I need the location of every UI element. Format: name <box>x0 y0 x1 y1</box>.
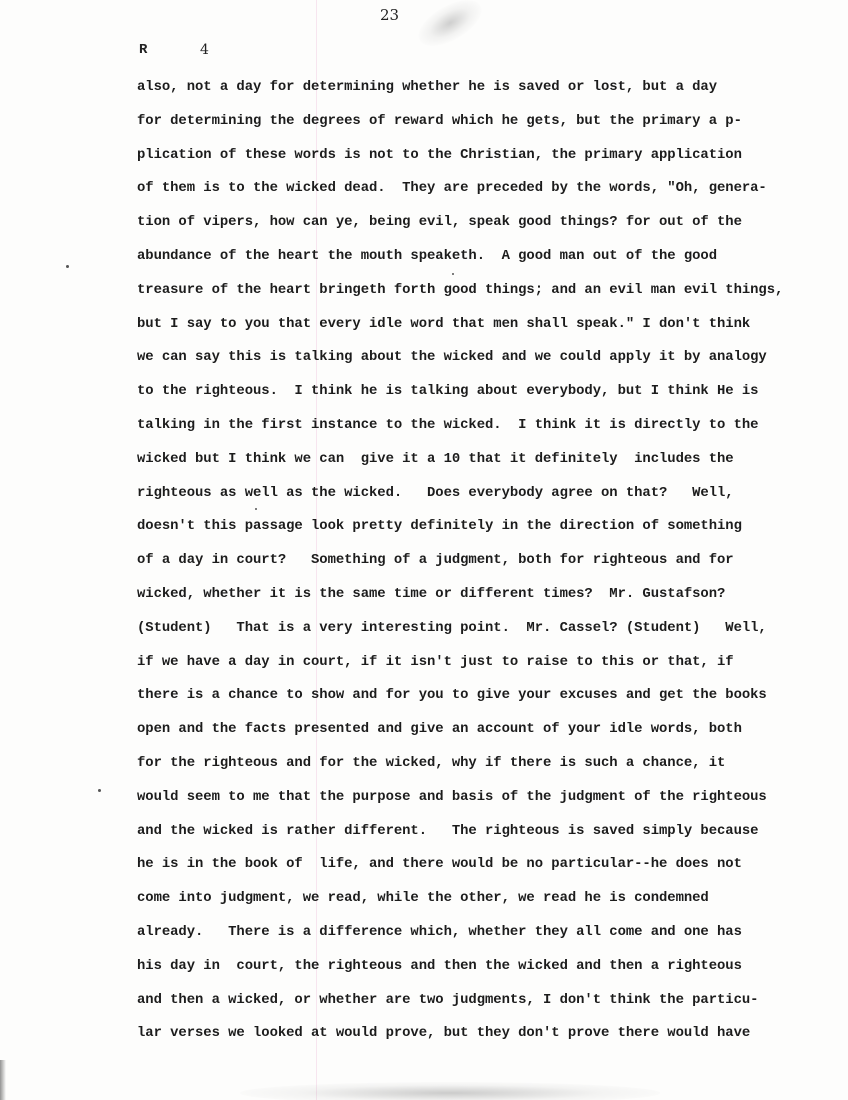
text-line: plication of these words is not to the C… <box>137 145 797 179</box>
text-line: doesn't this passage look pretty definit… <box>137 516 797 550</box>
text-line: his day in court, the righteous and then… <box>137 956 797 990</box>
text-line: of a day in court? Something of a judgme… <box>137 550 797 584</box>
text-line: also, not a day for determining whether … <box>137 77 797 111</box>
speck <box>98 789 101 792</box>
text-line: would seem to me that the purpose and ba… <box>137 787 797 821</box>
text-line: but I say to you that every idle word th… <box>137 314 797 348</box>
text-line: to the righteous. I think he is talking … <box>137 381 797 415</box>
text-line: he is in the book of life, and there wou… <box>137 854 797 888</box>
text-line: we can say this is talking about the wic… <box>137 347 797 381</box>
text-line: wicked, whether it is the same time or d… <box>137 584 797 618</box>
text-line: open and the facts presented and give an… <box>137 719 797 753</box>
smudge-mark <box>240 1082 660 1100</box>
text-line: and then a wicked, or whether are two ju… <box>137 990 797 1024</box>
scan-edge <box>0 1060 6 1100</box>
text-line: of them is to the wicked dead. They are … <box>137 178 797 212</box>
text-line: wicked but I think we can give it a 10 t… <box>137 449 797 483</box>
document-page: 23 R 4 also, not a day for determining w… <box>0 0 848 1100</box>
text-line: treasure of the heart bringeth forth goo… <box>137 280 797 314</box>
text-line: for determining the degrees of reward wh… <box>137 111 797 145</box>
speck <box>66 265 69 268</box>
text-line: there is a chance to show and for you to… <box>137 685 797 719</box>
text-line: talking in the first instance to the wic… <box>137 415 797 449</box>
text-line: already. There is a difference which, wh… <box>137 922 797 956</box>
text-line: if we have a day in court, if it isn't j… <box>137 652 797 686</box>
header-letter: R <box>139 42 147 58</box>
page-number: 23 <box>380 6 399 24</box>
text-line: come into judgment, we read, while the o… <box>137 888 797 922</box>
text-line: for the righteous and for the wicked, wh… <box>137 753 797 787</box>
text-line: lar verses we looked at would prove, but… <box>137 1023 797 1057</box>
header-number: 4 <box>200 42 209 58</box>
text-line: righteous as well as the wicked. Does ev… <box>137 483 797 517</box>
body-text: also, not a day for determining whether … <box>137 77 797 1057</box>
text-line: tion of vipers, how can ye, being evil, … <box>137 212 797 246</box>
text-line: and the wicked is rather different. The … <box>137 821 797 855</box>
smudge-mark <box>411 0 489 55</box>
text-line: (Student) That is a very interesting poi… <box>137 618 797 652</box>
text-line: abundance of the heart the mouth speaket… <box>137 246 797 280</box>
